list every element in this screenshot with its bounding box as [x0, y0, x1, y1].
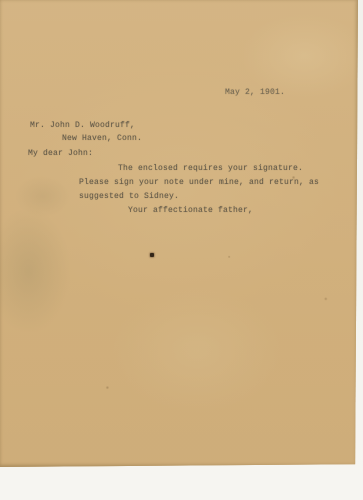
letter-paper: May 2, 1901. Mr. John D. Woodruff, New H…: [0, 0, 358, 467]
letter-body-line-3: suggested to Sidney.: [79, 192, 179, 201]
letter-salutation: My dear John:: [28, 149, 93, 158]
letter-recipient: Mr. John D. Woodruff,: [30, 121, 135, 130]
ink-speck: [150, 253, 154, 257]
letter-closing: Your affectionate father,: [128, 206, 253, 215]
letter-date: May 2, 1901.: [225, 88, 285, 97]
letter-recipient-city: New Haven, Conn.: [62, 134, 142, 143]
letter-body-line-1: The enclosed requires your signature.: [118, 164, 303, 173]
letter-body-line-2: Please sign your note under mine, and re…: [79, 178, 319, 187]
